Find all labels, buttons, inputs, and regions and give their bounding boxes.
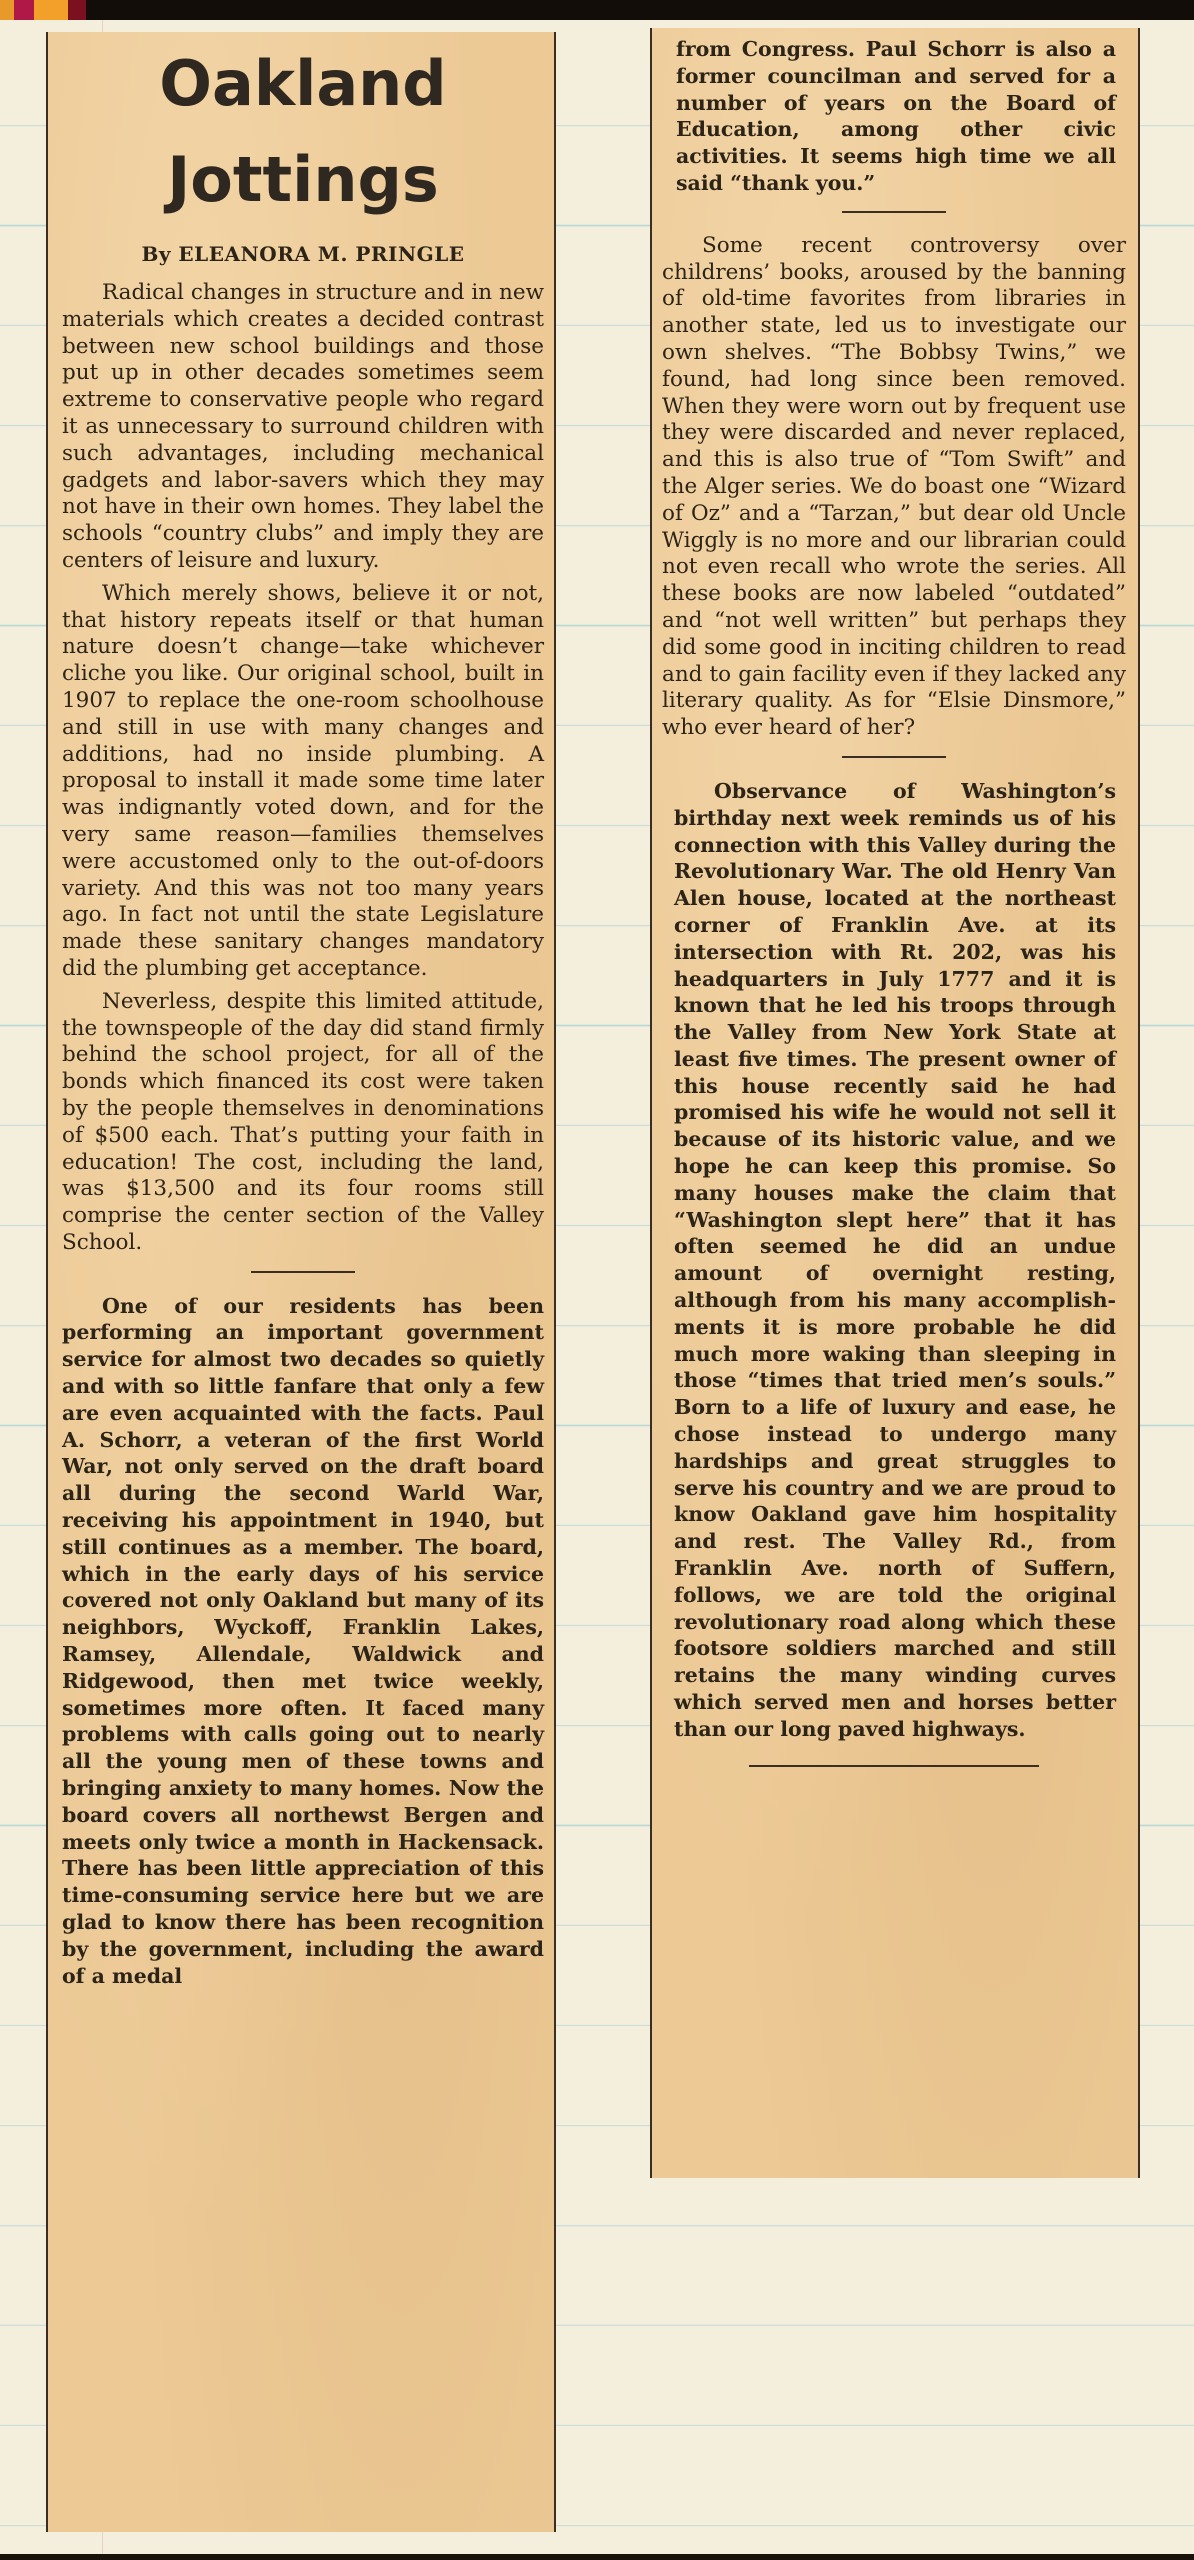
color-tab	[68, 0, 86, 20]
byline: By ELEANORA M. PRINGLE	[62, 242, 544, 266]
section-divider	[842, 211, 946, 213]
clipping-left-column: Oakland Jottings By ELEANORA M. PRINGLE …	[46, 32, 556, 2532]
scanner-bottom-edge	[0, 2554, 1194, 2560]
paragraph-bonds-cost: Neverless, despite this limited attitude…	[62, 989, 544, 1257]
section-divider	[251, 1271, 355, 1273]
clipping-right-column: from Congress. Paul Schorr is also a for…	[650, 28, 1140, 2178]
color-tab	[0, 0, 14, 20]
masthead: Oakland Jottings	[62, 32, 544, 228]
scanner-top-edge	[0, 0, 1194, 20]
paragraph-school-buildings: Radical changes in structure and in new …	[62, 280, 544, 575]
paragraph-schorr-continued: from Congress. Paul Schorr is also a for…	[662, 28, 1126, 197]
section-divider	[842, 756, 946, 758]
paragraph-history-repeats: Which merely shows, believe it or not, t…	[62, 581, 544, 983]
headline-line-2: Jottings	[62, 132, 544, 228]
paragraph-washington-birthday: Observance of Washington’s birthday next…	[662, 778, 1126, 1743]
color-tab	[34, 0, 68, 20]
paragraph-childrens-books: Some recent controversy over childrens’ …	[662, 233, 1126, 742]
end-divider	[749, 1765, 1039, 1767]
headline-line-1: Oakland	[62, 36, 544, 132]
color-tab	[14, 0, 34, 20]
paragraph-paul-schorr: One of our residents has been performing…	[62, 1293, 544, 1990]
